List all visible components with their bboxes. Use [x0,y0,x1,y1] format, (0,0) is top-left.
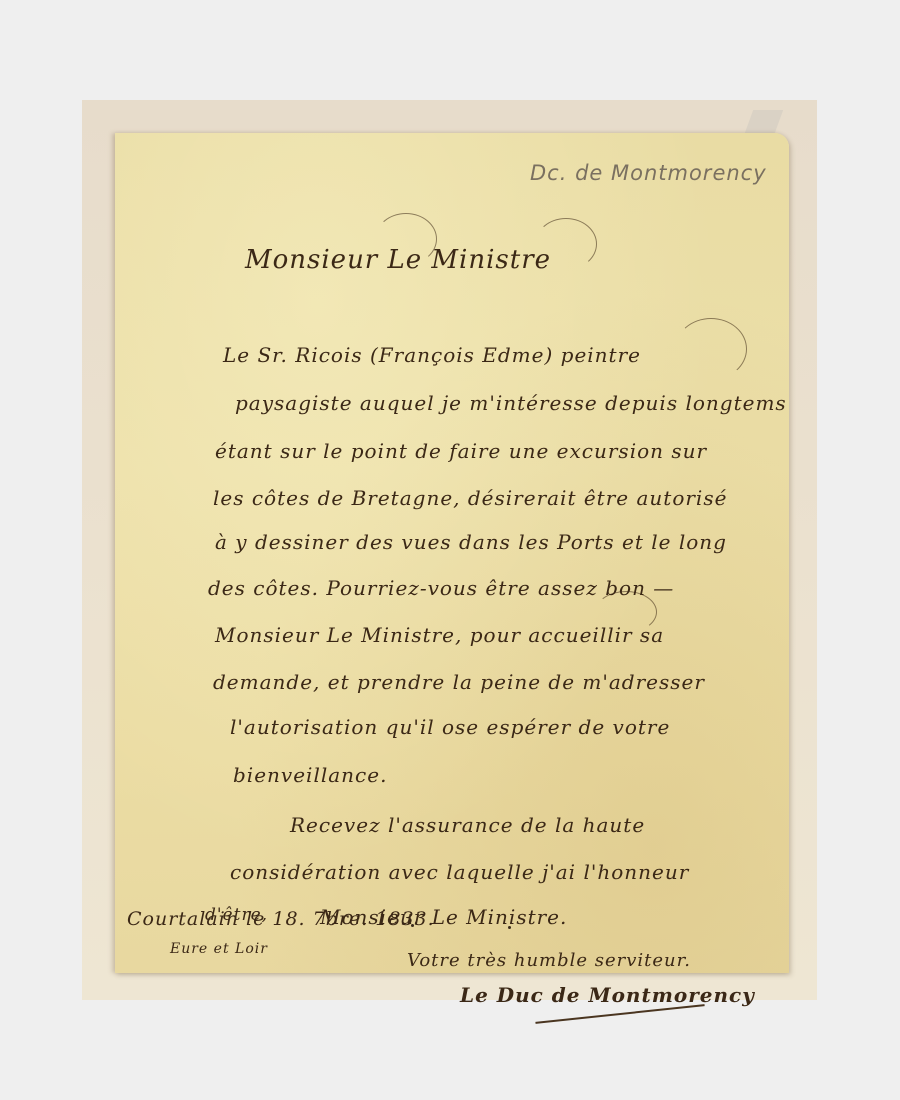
body-line-2: paysagiste auquel je m'intéresse depuis … [235,391,787,415]
body-flourish-2 [595,591,657,633]
body-line-10: bienveillance. [233,763,387,787]
salutation-flourish-1 [375,213,437,265]
signature-underline [535,1004,704,1023]
place-date: Courtalain le 18. 7bre. 1833. [127,908,435,930]
body-line-9: l'autorisation qu'il ose espérer de votr… [230,715,670,739]
ink-dot [508,926,511,929]
body-line-1: Le Sr. Ricois (François Edme) peintre [223,343,641,367]
body-line-7: Monsieur Le Ministre, pour accueillir sa [215,623,664,647]
letter-paper: Dc. de Montmorency Monsieur Le Ministre … [115,133,789,973]
closing-line-2: considération avec laquelle j'ai l'honne… [230,860,689,884]
body-line-4: les côtes de Bretagne, désirerait être a… [213,486,727,510]
pencil-annotation: Dc. de Montmorency [530,161,767,185]
valediction: Votre très humble serviteur. [407,950,691,971]
signature: Le Duc de Montmorency [460,983,755,1007]
body-line-5: à y dessiner des vues dans les Ports et … [215,530,727,554]
ink-dot [411,924,414,927]
body-line-3: étant sur le point de faire une excursio… [215,439,707,463]
body-line-8: demande, et prendre la peine de m'adress… [213,670,705,694]
salutation-flourish-2 [535,218,597,270]
body-flourish-1 [675,318,747,380]
closing-line-1: Recevez l'assurance de la haute [290,813,645,837]
place-region: Eure et Loir [170,941,268,957]
